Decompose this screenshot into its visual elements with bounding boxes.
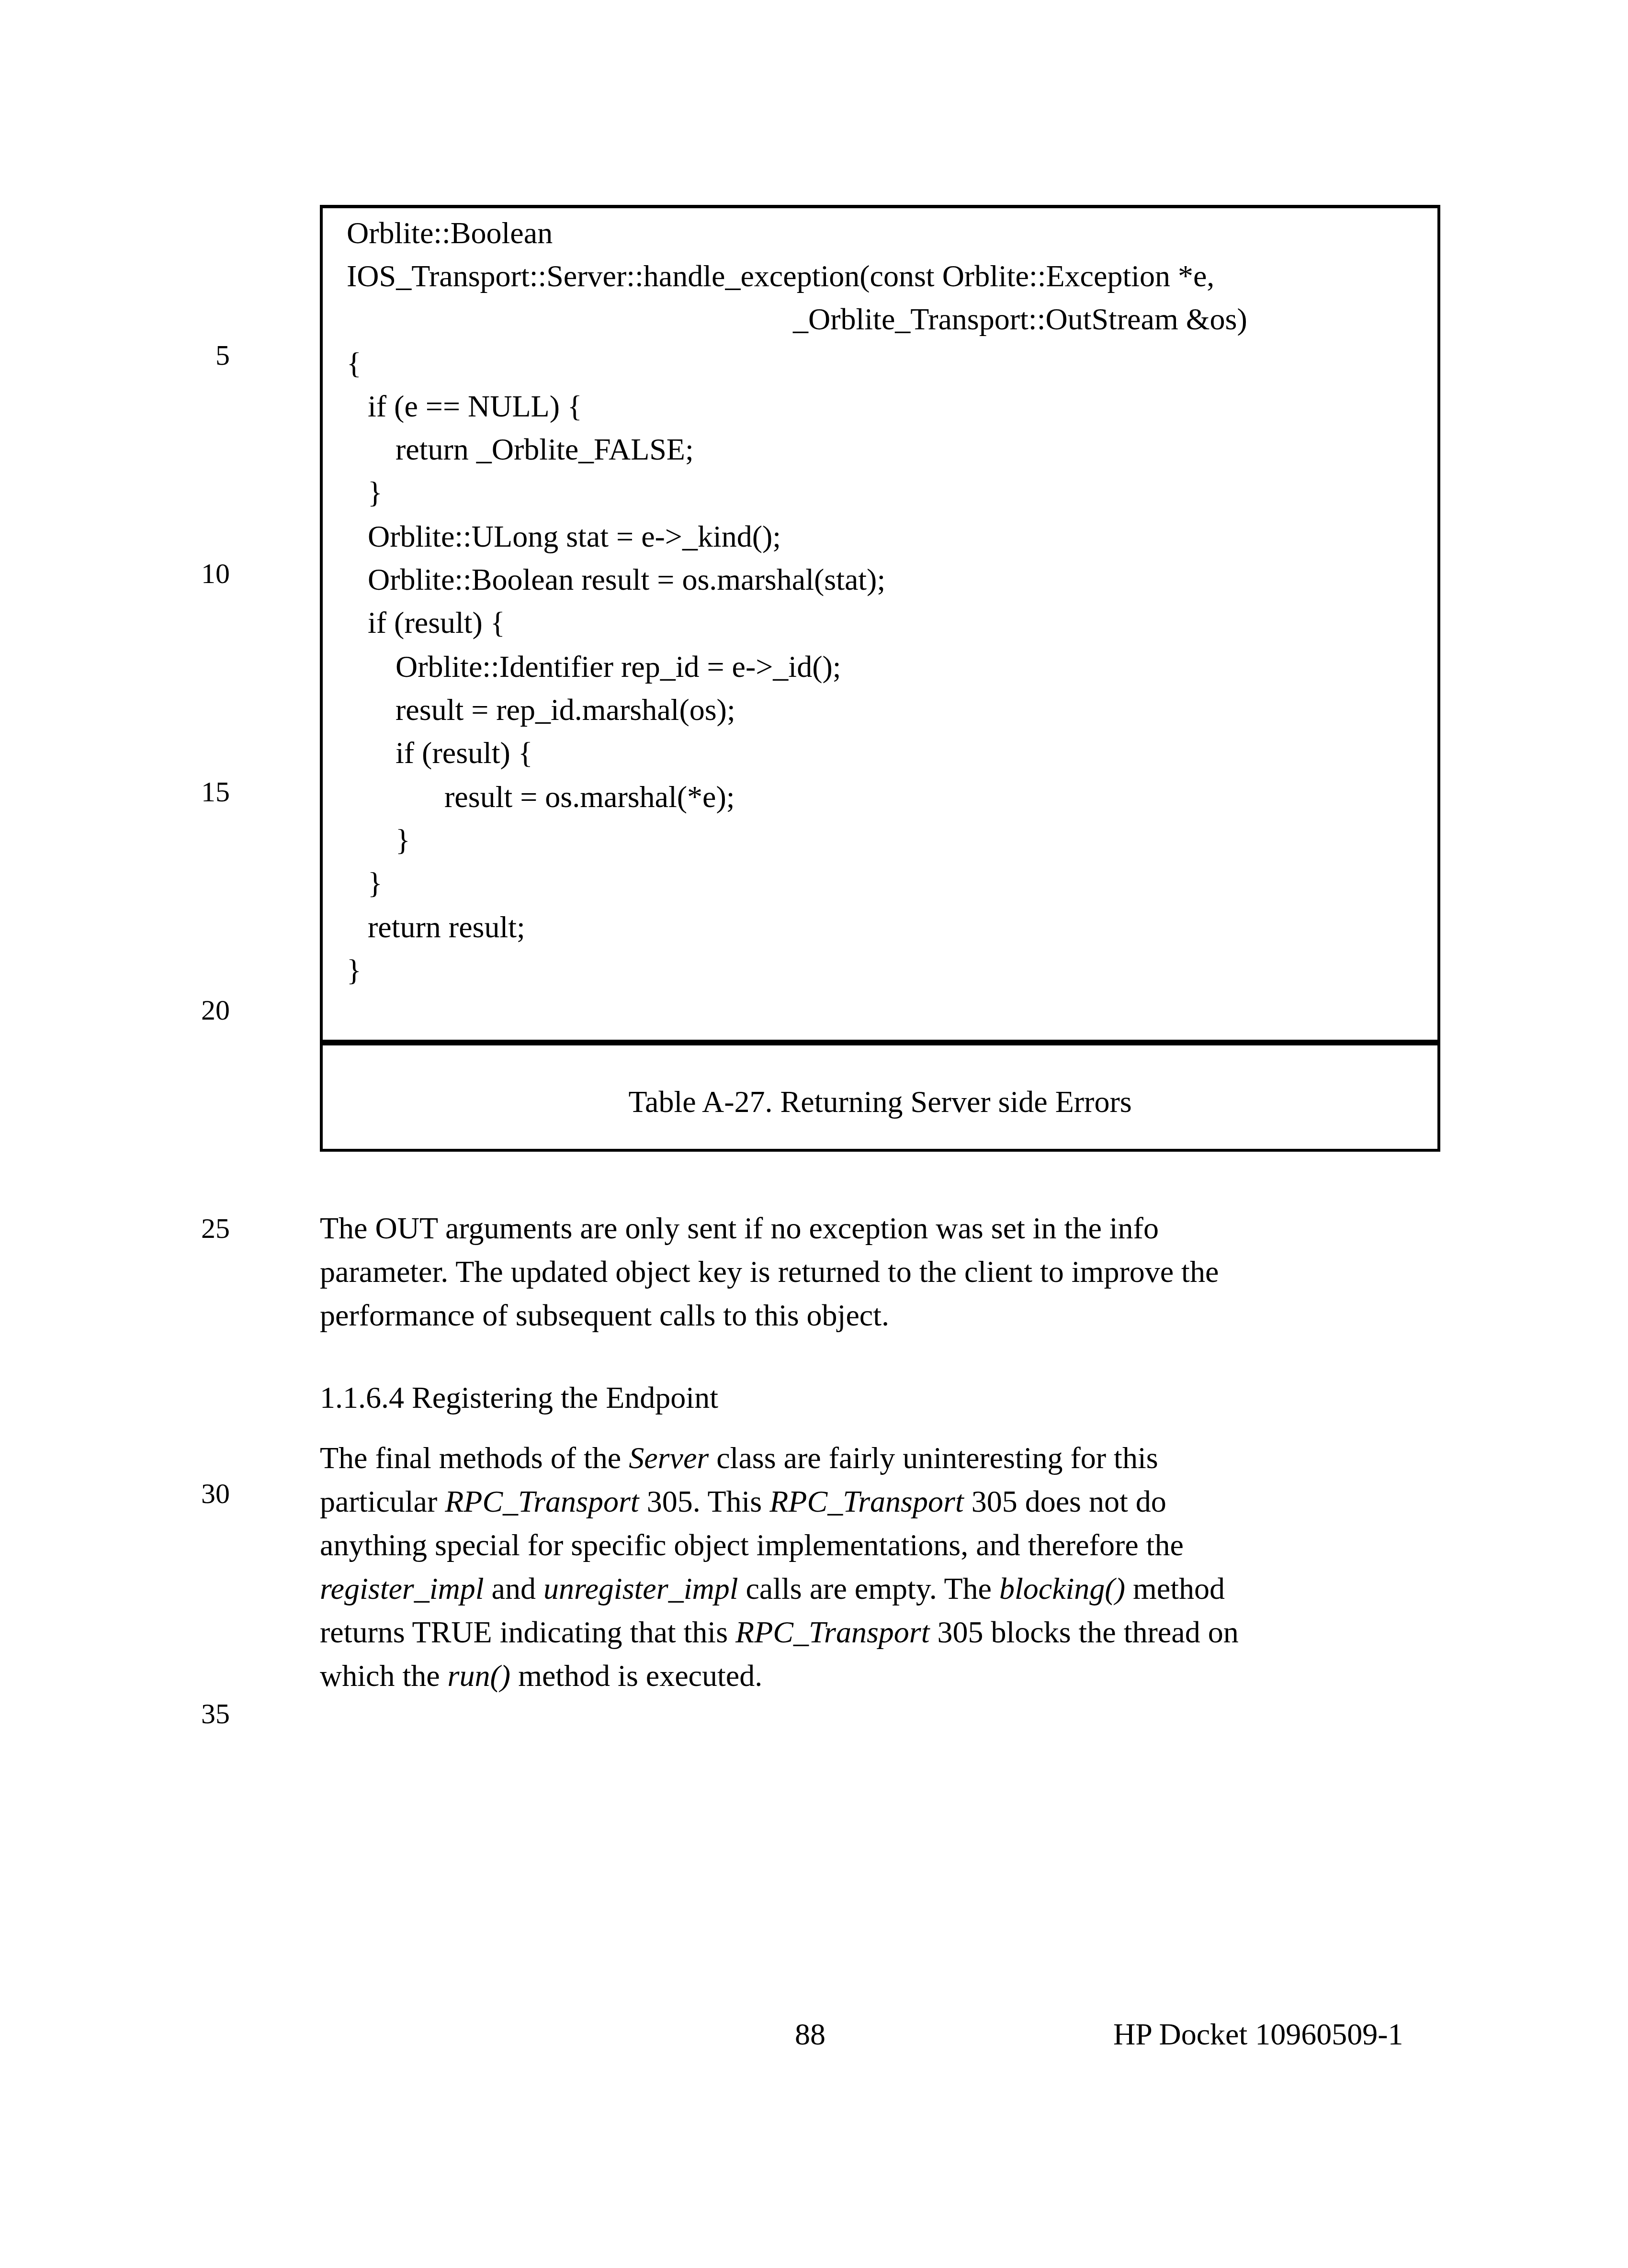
code-listing-box: Orblite::Boolean IOS_Transport::Server::… (320, 205, 1440, 1043)
code-line: if (e == NULL) { (368, 391, 582, 422)
line-number-15: 15 (134, 777, 230, 806)
paragraph-line: which the run() method is executed. (320, 1654, 1469, 1697)
code-line: Orblite::Boolean result = os.marshal(sta… (368, 564, 885, 595)
code-line: Orblite::Boolean (347, 218, 553, 248)
line-number-35: 35 (134, 1699, 230, 1728)
code-line: return _Orblite_FALSE; (396, 434, 694, 465)
code-line: Orblite::Identifier rep_id = e->_id(); (396, 651, 841, 682)
paragraph-line: The OUT arguments are only sent if no ex… (320, 1206, 1469, 1250)
table-caption-box: Table A-27. Returning Server side Errors (320, 1041, 1440, 1152)
paragraph-line: The final methods of the Server class ar… (320, 1436, 1469, 1480)
code-line: _Orblite_Transport::OutStream &os) (793, 304, 1247, 335)
section-heading: 1.1.6.4 Registering the Endpoint (320, 1382, 718, 1413)
paragraph-line: parameter. The updated object key is ret… (320, 1250, 1469, 1293)
code-line: return result; (368, 912, 525, 943)
paragraph-line: performance of subsequent calls to this … (320, 1293, 1469, 1337)
table-caption: Table A-27. Returning Server side Errors (323, 1087, 1437, 1117)
code-line: if (result) { (396, 738, 533, 768)
line-number-10: 10 (134, 559, 230, 588)
code-line: } (396, 825, 410, 855)
paragraph-line: particular RPC_Transport 305. This RPC_T… (320, 1480, 1469, 1523)
paragraph-line: returns TRUE indicating that this RPC_Tr… (320, 1610, 1469, 1654)
docket-number: HP Docket 10960509-1 (1113, 2019, 1403, 2050)
line-number-25: 25 (134, 1214, 230, 1243)
code-line: } (368, 868, 383, 898)
line-number-5: 5 (134, 341, 230, 370)
code-line: } (368, 477, 383, 508)
code-line: IOS_Transport::Server::handle_exception(… (347, 261, 1214, 292)
paragraph-out-arguments: The OUT arguments are only sent if no ex… (320, 1206, 1469, 1337)
code-line: result = rep_id.marshal(os); (396, 695, 735, 725)
line-number-30: 30 (134, 1479, 230, 1508)
page-number: 88 (795, 2019, 825, 2050)
code-line: result = os.marshal(*e); (444, 782, 735, 812)
code-line: } (347, 955, 362, 986)
code-line: if (result) { (368, 607, 505, 638)
code-line: Orblite::ULong stat = e->_kind(); (368, 521, 781, 552)
line-number-20: 20 (134, 996, 230, 1024)
code-line: { (347, 348, 362, 379)
paragraph-line: register_impl and unregister_impl calls … (320, 1567, 1469, 1610)
paragraph-registering-endpoint: The final methods of the Server class ar… (320, 1436, 1469, 1697)
paragraph-line: anything special for specific object imp… (320, 1523, 1469, 1567)
